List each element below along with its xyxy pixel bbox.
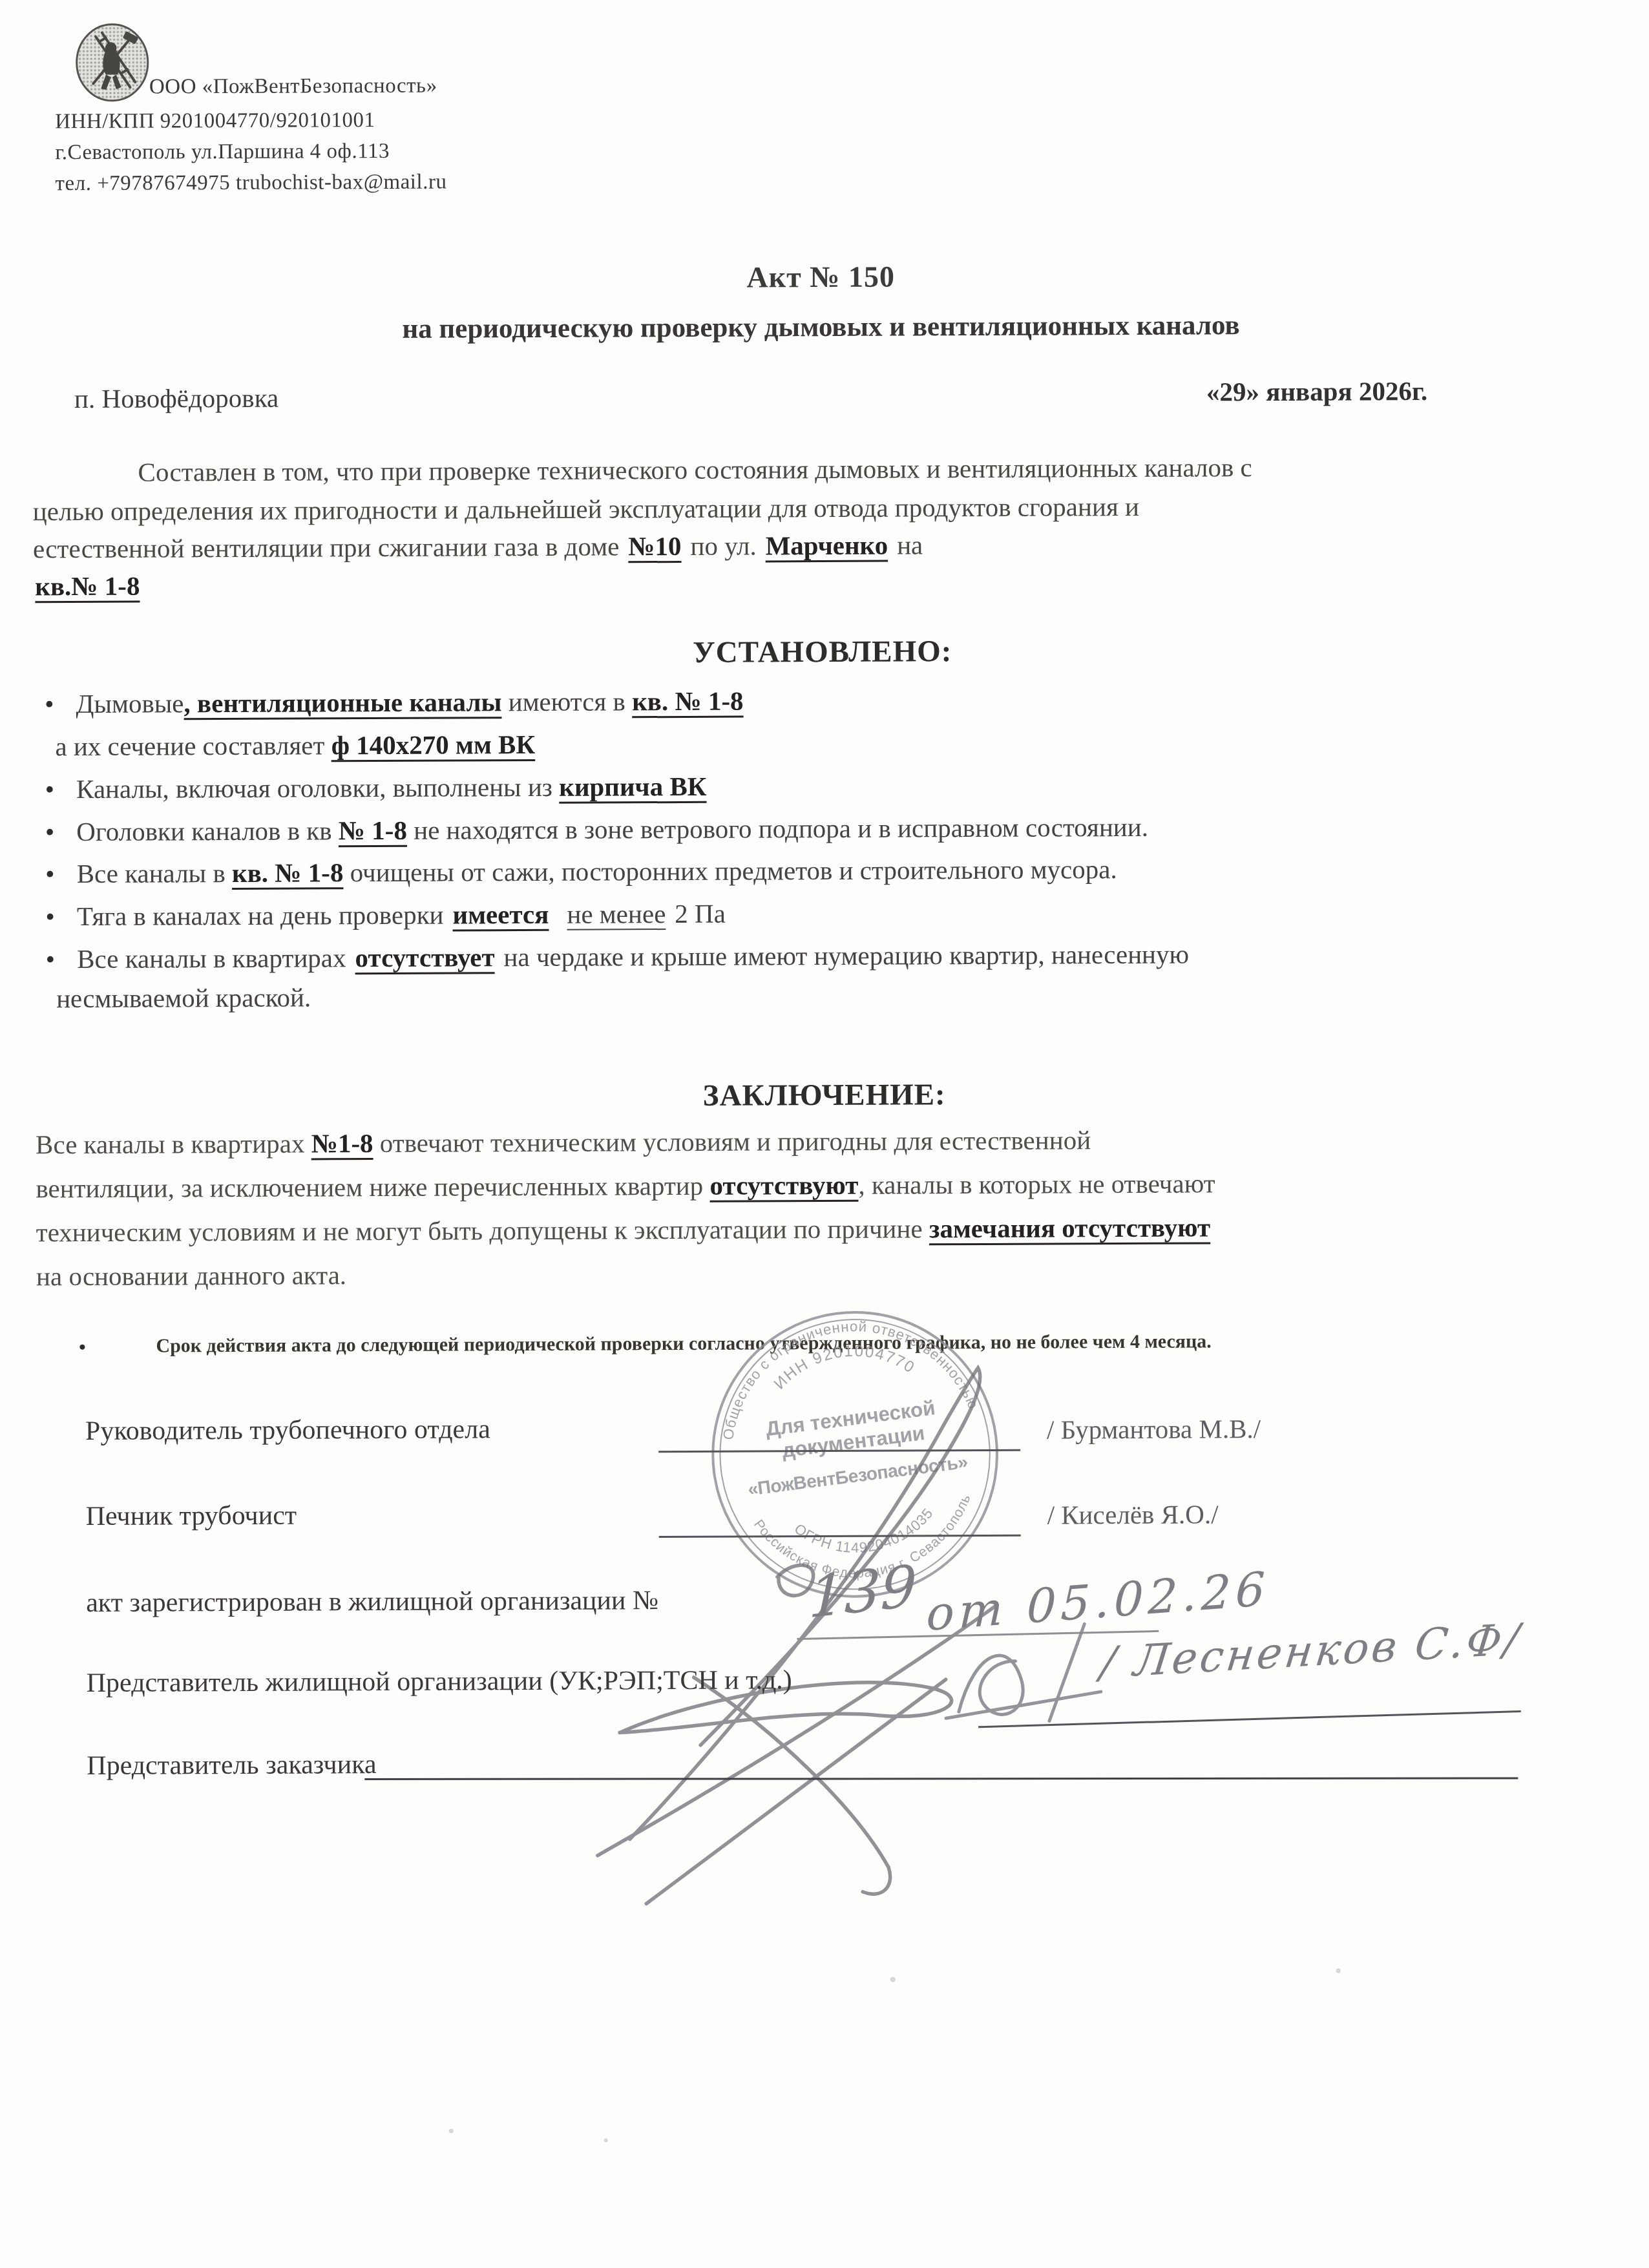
item-underlined: не менее (567, 899, 666, 929)
item-text: Все каналы в (76, 858, 232, 888)
established-heading: УСТАНОВЛЕНО: (0, 631, 1647, 673)
remarks-bold: замечания отсутствуют (929, 1212, 1210, 1243)
company-name: ООО «ПожВентБезопасность» (149, 74, 437, 100)
apartments-bold: №1-8 (311, 1128, 373, 1158)
item-text: а их сечение составляет (55, 730, 331, 761)
stamp-center-line3: «ПожВентБезопасность» (747, 1452, 969, 1500)
conclusion-line-4: на основании данного акта. (36, 1259, 346, 1292)
intro-line-3-text: естественной вентиляции при сжигании газ… (33, 531, 619, 563)
established-item: Все каналы в кв. № 1-8 очищены от сажи, … (45, 854, 1117, 889)
scan-speck (449, 2129, 454, 2134)
registration-label: акт зарегистрирован в жилищной организац… (86, 1585, 658, 1619)
established-item: Тяга в каналах на день проверкиимеетсяне… (45, 898, 726, 932)
bullet-icon (45, 689, 76, 719)
conclusion-line-3: техническим условиям и не могут быть доп… (36, 1212, 1211, 1248)
item-text: Дымовые (76, 688, 184, 719)
bullet-icon (45, 901, 77, 931)
company-inn-kpp: ИНН/КПП 9201004770/920101001 (55, 109, 375, 134)
text: Все каналы в квартирах (36, 1128, 311, 1159)
chimney-sweep-name: / Киселёв Я.О./ (1047, 1498, 1218, 1530)
street-name: Марченко (765, 530, 888, 561)
house-number: №10 (628, 531, 681, 561)
conclusion-line-2: вентиляции, за исключением ниже перечисл… (36, 1168, 1215, 1204)
item-text: 2 Па (675, 899, 726, 929)
validity-note: Срок действия акта до следующей периодич… (156, 1330, 1212, 1357)
intro-line-3-end: на (897, 530, 923, 560)
established-item-continuation: несмываемой краской. (56, 982, 311, 1014)
company-phone-email: тел. +79787674975 trubochist-bax@mail.ru (55, 171, 446, 196)
item-bold: , вентиляционные каналы (184, 687, 501, 718)
intro-line-3: естественной вентиляции при сжигании газ… (33, 529, 923, 564)
item-bold: ф 140х270 мм ВК (331, 730, 535, 760)
head-of-dept-name: / Бурмантова М.В./ (1047, 1413, 1261, 1445)
established-item: Дымовые, вентиляционные каналы имеются в… (45, 686, 744, 720)
item-text: очищены от сажи, посторонних предметов и… (343, 854, 1117, 887)
act-title: Акт № 150 (0, 256, 1645, 297)
item-text: Тяга в каналах на день проверки (77, 900, 444, 931)
handwritten-registration-number: 139 (808, 1552, 918, 1631)
chimney-sweep-label: Печник трубочист (85, 1500, 297, 1532)
customer-signature-line (364, 1777, 1518, 1780)
bullet-icon (45, 817, 77, 846)
handwritten-housing-signature: / Лесненков С.Ф/ (1098, 1614, 1524, 1688)
item-bold: кирпича ВК (559, 772, 706, 802)
established-item: Каналы, включая оголовки, выполнены из к… (45, 771, 707, 804)
item-bold: № 1-8 (339, 815, 407, 845)
item-text: Каналы, включая оголовки, выполнены из (76, 772, 559, 804)
customer-representative-label: Представитель заказчика (87, 1749, 376, 1781)
item-text: имеются в (501, 686, 632, 717)
intro-line-3-mid: по ул. (690, 530, 756, 560)
conclusion-heading: ЗАКЛЮЧЕНИЕ: (0, 1074, 1649, 1116)
apartments-value: кв.№ 1-8 (35, 571, 140, 602)
item-text: не находятся в зоне ветрового подпора и … (407, 812, 1148, 845)
text: отвечают техническим условиям и пригодны… (373, 1125, 1091, 1158)
intro-line-1: Составлен в том, что при проверке технич… (138, 452, 1252, 488)
conclusion-line-1: Все каналы в квартирах №1-8 отвечают тех… (36, 1124, 1091, 1160)
text: техническим условиям и не могут быть доп… (36, 1213, 929, 1247)
item-bold: кв. № 1-8 (232, 857, 344, 888)
text: вентиляции, за исключением ниже перечисл… (36, 1171, 709, 1204)
bullet-icon (45, 859, 77, 888)
bullet-icon (45, 774, 77, 804)
act-subtitle: на периодическую проверку дымовых и вент… (0, 308, 1646, 346)
intro-line-2: целью определения их пригодности и дальн… (33, 491, 1139, 527)
established-item: Все каналы в квартирахотсутствуетна черд… (46, 939, 1189, 975)
scan-content: ООО «ПожВентБезопасность» ИНН/КПП 920100… (0, 0, 1649, 2268)
item-text: Все каналы в квартирах (77, 943, 346, 974)
apartments-line: кв.№ 1-8 (35, 571, 140, 602)
item-text: Оголовки каналов в кв (76, 815, 339, 846)
item-bold: отсутствует (355, 942, 494, 972)
item-bold: имеется (452, 899, 549, 930)
scan-speck (1336, 1969, 1341, 1973)
act-date: «29» января 2026г. (1206, 375, 1427, 407)
item-bold: кв. № 1-8 (632, 686, 744, 717)
item-text: на чердаке и крыше имеют нумерацию кварт… (503, 940, 1189, 972)
head-of-dept-label: Руководитель трубопечного отдела (85, 1414, 490, 1447)
housing-signature-line (978, 1710, 1521, 1728)
housing-representative-label: Представитель жилищной организации (УК;Р… (87, 1664, 792, 1699)
established-item: Оголовки каналов в кв № 1-8 не находятся… (45, 812, 1148, 847)
scan-speck (890, 1977, 896, 1982)
document-page: ООО «ПожВентБезопасность» ИНН/КПП 920100… (0, 0, 1649, 2268)
established-item-continuation: а их сечение составляет ф 140х270 мм ВК (55, 729, 535, 762)
company-address: г.Севастополь ул.Паршина 4 оф.113 (55, 140, 390, 165)
text: , каналы в которых не отвечают (858, 1168, 1215, 1199)
bullet-icon (78, 1336, 86, 1360)
chimney-sweep-emblem-icon (74, 23, 151, 103)
absent-bold: отсутствуют (709, 1170, 858, 1201)
scan-speck (604, 2138, 608, 2142)
act-place: п. Новофёдоровка (74, 383, 278, 414)
bullet-icon (46, 944, 78, 974)
